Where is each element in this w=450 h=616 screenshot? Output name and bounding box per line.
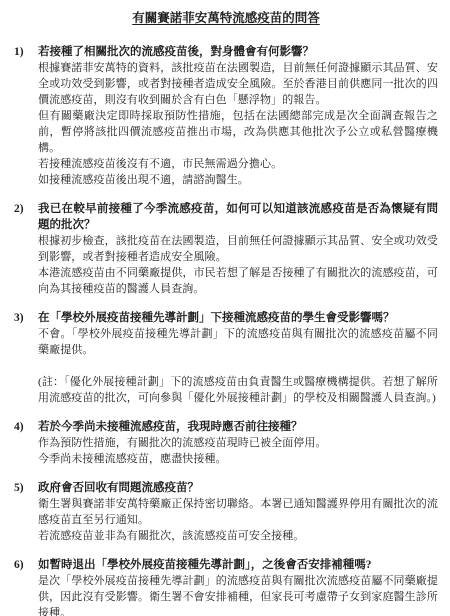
question-heading: 若於今季尚未接種流感疫苗，我現時應否前往接種？ bbox=[38, 419, 438, 435]
faq-list: 1) 若接種了相關批次的流感疫苗後，對身體會有何影響？ 根據賽諾菲安萬特的資料，… bbox=[14, 44, 438, 616]
answer-paragraph: 本港流感疫苗由不同藥廠提供，市民若想了解是否接種了有關批次的流感疫苗，可向為其接… bbox=[38, 265, 438, 297]
question-body: 如暫時退出「學校外展疫苗接種先導計劃」，之後會否安排補種嗎? 是次「學校外展疫苗… bbox=[38, 557, 438, 616]
question-heading: 政府會否回收有問題流感疫苗？ bbox=[38, 480, 438, 496]
faq-item-2: 2) 我已在較早前接種了今季流感疫苗，如何可以知道該流感疫苗是否為懷疑有問題的批… bbox=[14, 201, 438, 297]
answer-paragraph: 不會。「學校外展疫苗接種先導計劃」下的流感疫苗與有關批次的流感疫苗屬不同藥廠提供… bbox=[38, 326, 438, 358]
note-paragraph: (註：「優化外展接種計劃」下的流感疫苗由負責醫生或醫療機構提供。若想了解所用流感… bbox=[38, 374, 438, 406]
faq-item-3: 3) 在「學校外展疫苗接種先導計劃」下接種流感疫苗的學生會受影響嗎？ 不會。「學… bbox=[14, 310, 438, 406]
question-number: 1) bbox=[14, 44, 38, 188]
faq-item-4: 4) 若於今季尚未接種流感疫苗，我現時應否前往接種？ 作為預防性措施，有關批次的… bbox=[14, 419, 438, 467]
document-title: 有關賽諾菲安萬特流感疫苗的問答 bbox=[14, 10, 438, 27]
answer-paragraph: 若流感疫苗並非為有關批次，該流感疫苗可安全接種。 bbox=[38, 528, 438, 544]
answer-paragraph: 作為預防性措施，有關批次的流感疫苗現時已被全面停用。 bbox=[38, 435, 438, 451]
question-body: 若接種了相關批次的流感疫苗後，對身體會有何影響？ 根據賽諾菲安萬特的資料，該批疫… bbox=[38, 44, 438, 188]
faq-item-1: 1) 若接種了相關批次的流感疫苗後，對身體會有何影響？ 根據賽諾菲安萬特的資料，… bbox=[14, 44, 438, 188]
question-number: 5) bbox=[14, 480, 38, 544]
document-page: 有關賽諾菲安萬特流感疫苗的問答 1) 若接種了相關批次的流感疫苗後，對身體會有何… bbox=[0, 0, 450, 616]
answer-paragraph: 但有關藥廠決定即時採取預防性措施，包括在法國總部完成是次全面調查報告之前，暫停將… bbox=[38, 108, 438, 156]
faq-item-5: 5) 政府會否回收有問題流感疫苗？ 衛生署與賽諾菲安萬特藥廠正保持密切聯絡。本署… bbox=[14, 480, 438, 544]
answer-paragraph: 如接種流感疫苗後出現不適，請諮詢醫生。 bbox=[38, 172, 438, 188]
question-number: 2) bbox=[14, 201, 38, 297]
question-number: 3) bbox=[14, 310, 38, 406]
answer-paragraph: 根據賽諾菲安萬特的資料，該批疫苗在法國製造，目前無任何證據顯示其品質、安全或功效… bbox=[38, 60, 438, 108]
question-body: 政府會否回收有問題流感疫苗？ 衛生署與賽諾菲安萬特藥廠正保持密切聯絡。本署已通知… bbox=[38, 480, 438, 544]
answer-paragraph: 今季尚未接種流感疫苗，應盡快接種。 bbox=[38, 451, 438, 467]
document-title-text: 有關賽諾菲安萬特流感疫苗的問答 bbox=[132, 11, 320, 25]
question-heading: 若接種了相關批次的流感疫苗後，對身體會有何影響？ bbox=[38, 44, 438, 60]
question-body: 我已在較早前接種了今季流感疫苗，如何可以知道該流感疫苗是否為懷疑有問題的批次？ … bbox=[38, 201, 438, 297]
question-number: 6) bbox=[14, 557, 38, 616]
answer-paragraph: 根據初步檢查，該批疫苗在法國製造，目前無任何證據顯示其品質、安全或功效受到影響，… bbox=[38, 233, 438, 265]
answer-paragraph: 是次「學校外展疫苗接種先導計劃」的流感疫苗與有關批次流感疫苗屬不同藥廠提供，因此… bbox=[38, 573, 438, 616]
question-heading: 我已在較早前接種了今季流感疫苗，如何可以知道該流感疫苗是否為懷疑有問題的批次？ bbox=[38, 201, 438, 233]
question-body: 在「學校外展疫苗接種先導計劃」下接種流感疫苗的學生會受影響嗎？ 不會。「學校外展… bbox=[38, 310, 438, 406]
question-number: 4) bbox=[14, 419, 38, 467]
answer-paragraph: 衛生署與賽諾菲安萬特藥廠正保持密切聯絡。本署已通知醫護界停用有關批次的流感疫苗直… bbox=[38, 496, 438, 528]
question-body: 若於今季尚未接種流感疫苗，我現時應否前往接種？ 作為預防性措施，有關批次的流感疫… bbox=[38, 419, 438, 467]
question-heading: 在「學校外展疫苗接種先導計劃」下接種流感疫苗的學生會受影響嗎？ bbox=[38, 310, 438, 326]
question-heading: 如暫時退出「學校外展疫苗接種先導計劃」，之後會否安排補種嗎? bbox=[38, 557, 438, 573]
answer-paragraph: 若接種流感疫苗後沒有不適，市民無需過分擔心。 bbox=[38, 156, 438, 172]
faq-item-6: 6) 如暫時退出「學校外展疫苗接種先導計劃」，之後會否安排補種嗎? 是次「學校外… bbox=[14, 557, 438, 616]
